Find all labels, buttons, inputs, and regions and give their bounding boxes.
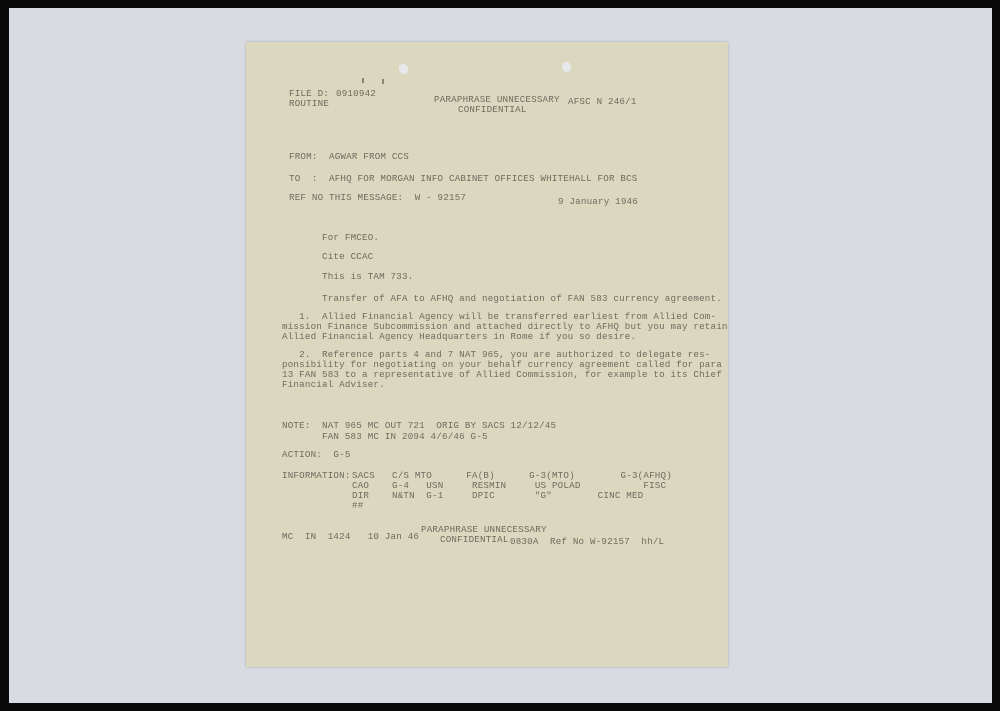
routing-precedence: ROUTINE [289, 98, 329, 109]
information-label: INFORMATION: [282, 470, 351, 481]
note-line: FAN 583 MC IN 2094 4/6/46 G-5 [282, 431, 488, 442]
classification-header: CONFIDENTIAL [458, 104, 527, 115]
action-line: ACTION: G-5 [282, 449, 351, 460]
paragraph-1-line: Allied Financial Agency Headquarters in … [282, 331, 636, 342]
information-row: ## [352, 500, 363, 511]
file-number: 0910942 [336, 88, 376, 99]
message-date: 9 January 1946 [558, 196, 638, 207]
information-row: DIR N&TN G-1 DPIC "G" CINC MED [352, 490, 643, 501]
for-line: For FMCEO. [322, 232, 379, 243]
time-reference: 0830A Ref No W-92157 hh/L [510, 536, 664, 547]
classification-footer: CONFIDENTIAL [440, 534, 509, 545]
from-line: FROM: AGWAR FROM CCS [289, 151, 409, 162]
paragraph-2-line: Financial Adviser. [282, 379, 385, 390]
to-line: TO : AFHQ FOR MORGAN INFO CABINET OFFICE… [289, 173, 638, 184]
ink-mark [362, 78, 364, 83]
message-number: This is TAM 733. [322, 271, 413, 282]
cite-line: Cite CCAC [322, 251, 373, 262]
subject-line: Transfer of AFA to AFHQ and negotiation … [322, 293, 722, 304]
afsc-reference: AFSC N 246/1 [568, 96, 637, 107]
mc-in-line: MC IN 1424 10 Jan 46 [282, 531, 419, 542]
punch-hole-left [399, 64, 408, 74]
document-page: FILE D: 0910942 ROUTINE PARAPHRASE UNNEC… [246, 42, 728, 667]
message-reference: REF NO THIS MESSAGE: W - 92157 [289, 192, 466, 203]
ink-mark [382, 79, 384, 84]
note-line: NOTE: NAT 965 MC OUT 721 ORIG BY SACS 12… [282, 420, 556, 431]
punch-hole-right [562, 62, 571, 72]
